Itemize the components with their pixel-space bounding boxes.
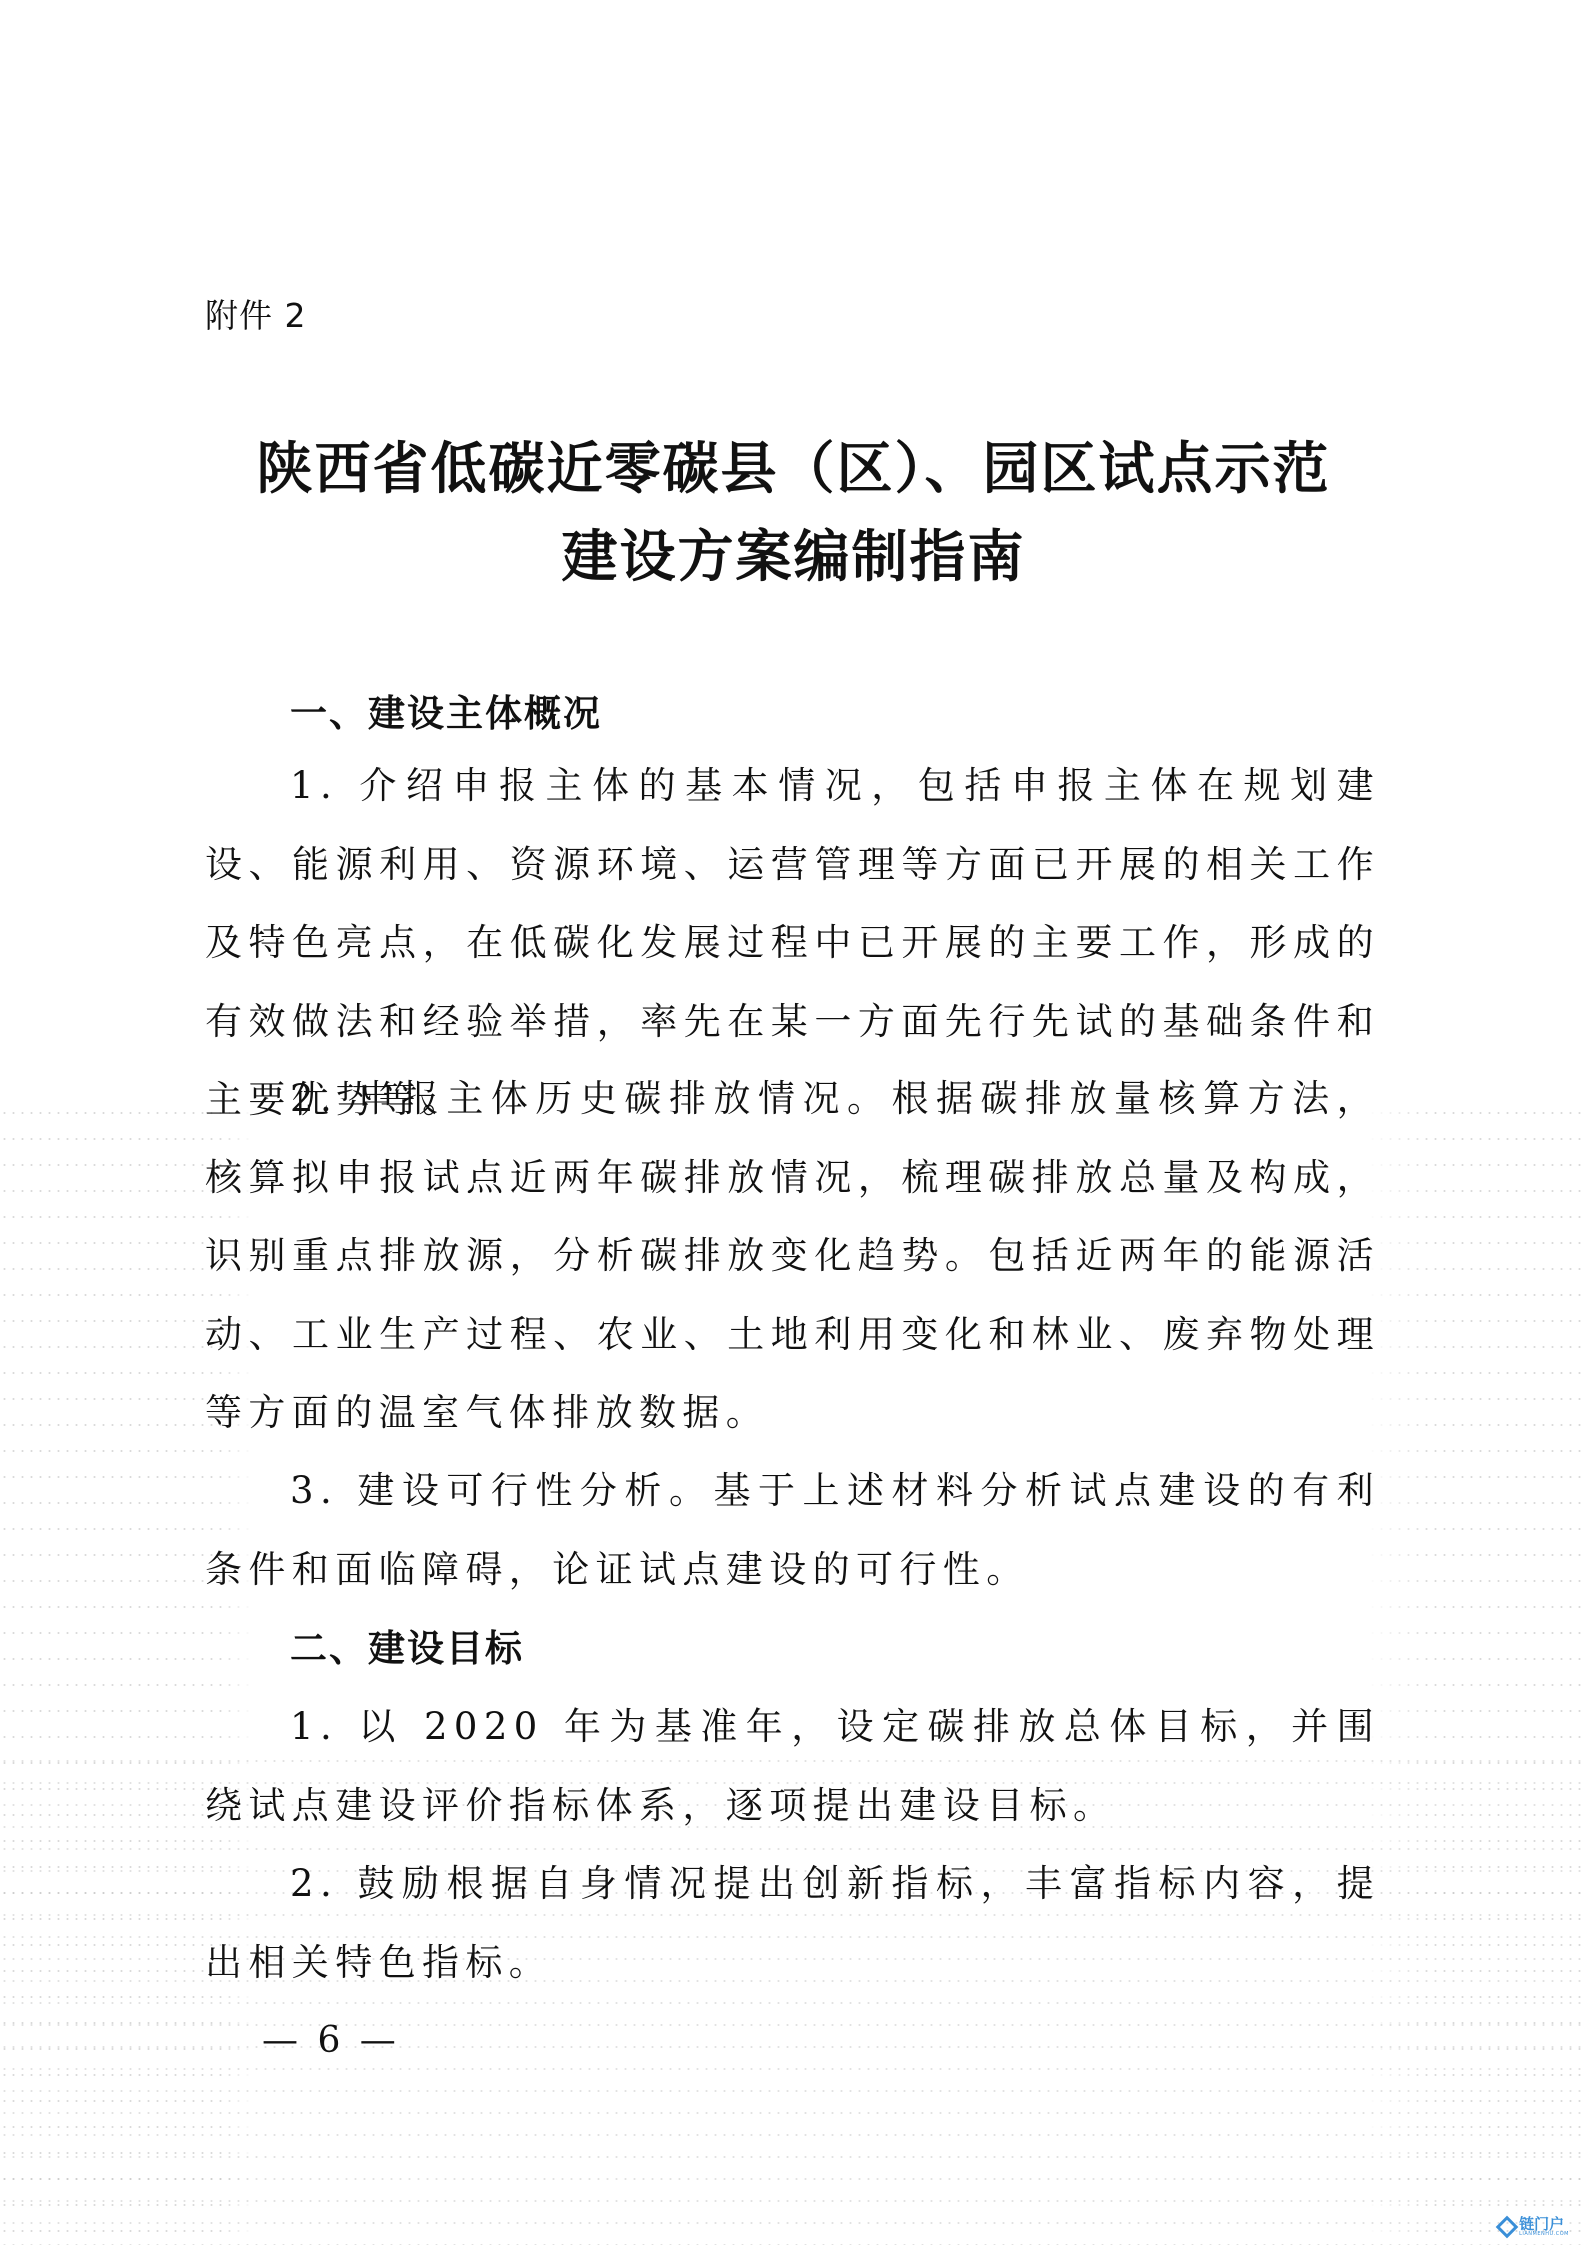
attachment-label: 附件 2	[205, 290, 307, 337]
watermark-subtitle: LIANMENHU.COM	[1519, 2232, 1569, 2237]
section-heading-1: 一、建设主体概况	[290, 683, 602, 737]
section-2-paragraph-2: 2. 鼓励根据自身情况提出创新指标，丰富指标内容，提出相关特色指标。	[205, 1845, 1380, 2002]
diamond-logo-icon	[1496, 2216, 1519, 2239]
document-title: 陕西省低碳近零碳县（区）、园区试点示范 建设方案编制指南	[0, 425, 1587, 601]
section-heading-2: 二、建设目标	[290, 1618, 524, 1672]
document-title-line-2: 建设方案编制指南	[0, 513, 1587, 601]
document-title-line-1: 陕西省低碳近零碳县（区）、园区试点示范	[0, 425, 1587, 513]
section-2-paragraph-1: 1. 以 2020 年为基准年，设定碳排放总体目标，并围绕试点建设评价指标体系，…	[205, 1688, 1380, 1845]
watermark-name: 链门户	[1519, 2217, 1569, 2232]
watermark-text: 链门户 LIANMENHU.COM	[1519, 2217, 1569, 2237]
page-number: — 6 —	[262, 2020, 400, 2061]
section-1-paragraph-3: 3. 建设可行性分析。基于上述材料分析试点建设的有利条件和面临障碍，论证试点建设…	[205, 1452, 1380, 1609]
watermark: 链门户 LIANMENHU.COM	[1499, 2217, 1569, 2237]
section-1-paragraph-2: 2. 申报主体历史碳排放情况。根据碳排放量核算方法，核算拟申报试点近两年碳排放情…	[205, 1060, 1380, 1453]
